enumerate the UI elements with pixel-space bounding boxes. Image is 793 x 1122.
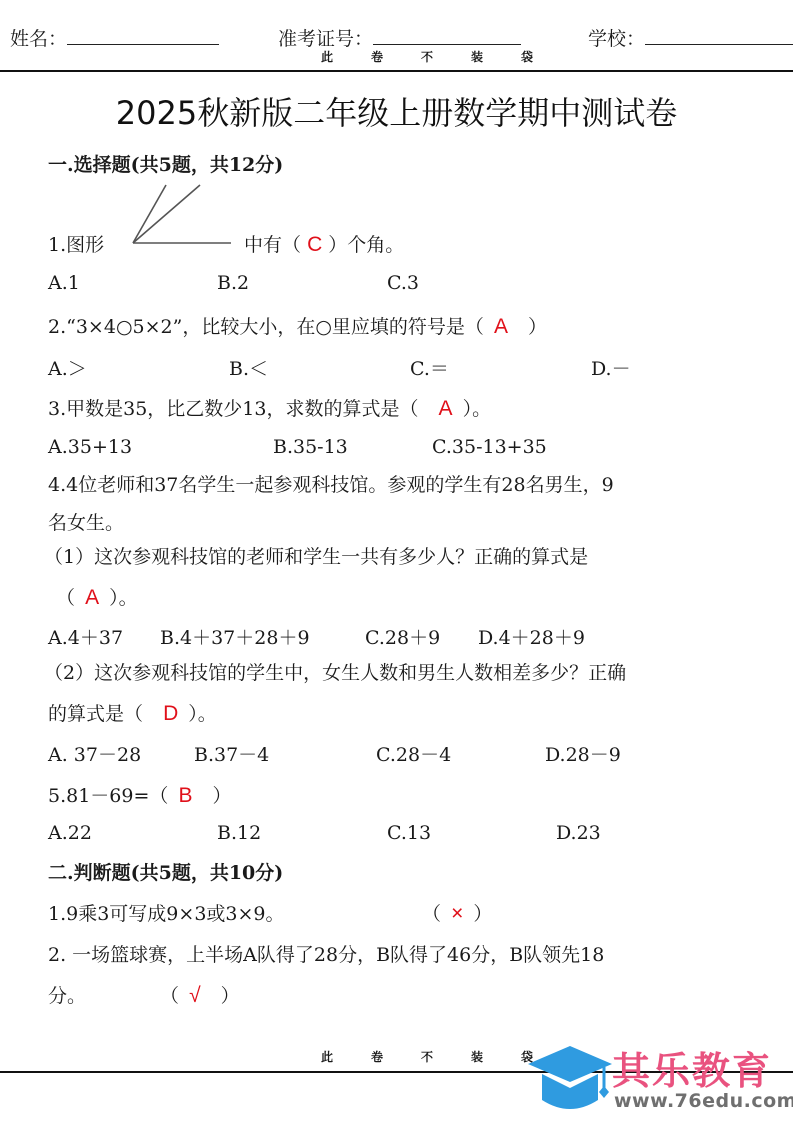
option: D.－ bbox=[591, 354, 631, 381]
seal-char: 卷 bbox=[352, 48, 402, 65]
footer-seal-text: 此卷不装袋 bbox=[302, 1048, 552, 1065]
paren-close: ） bbox=[221, 985, 240, 1007]
option: A.35+13 bbox=[48, 436, 132, 458]
option: A.4＋37 bbox=[48, 623, 123, 650]
option: B.35-13 bbox=[273, 436, 348, 458]
judgement-question-1: 1.9乘3可写成9×3或3×9。 bbox=[48, 899, 285, 926]
option: C.＝ bbox=[410, 354, 449, 381]
q4-2-paren-close: ）。 bbox=[188, 703, 217, 725]
option: B.12 bbox=[217, 822, 261, 844]
question-3: 3.甲数是35，比乙数少13，求数的算式是（ A ）。 bbox=[48, 394, 491, 421]
answer-mark: A bbox=[439, 397, 453, 420]
question-4-1-line1: （1）这次参观科技馆的老师和学生一共有多少人？正确的算式是 bbox=[44, 542, 588, 569]
question-5: 5.81－69=（ B ） bbox=[48, 781, 232, 808]
section-heading-judgement: 二.判断题(共5题，共10分) bbox=[48, 858, 283, 885]
seal-char: 不 bbox=[402, 48, 452, 65]
exam-id-field: 准考证号： bbox=[278, 24, 521, 51]
option: D.23 bbox=[556, 822, 601, 844]
q3-text-after: ）。 bbox=[463, 398, 492, 420]
judgement-1-answer: （ × ） bbox=[422, 899, 492, 926]
question-4-stem-line2: 名女生。 bbox=[48, 508, 124, 535]
q5-text: 5.81－69=（ bbox=[48, 785, 168, 807]
answer-mark: C bbox=[307, 233, 322, 256]
option: A.＞ bbox=[48, 354, 87, 381]
school-field: 学校： bbox=[588, 24, 793, 51]
question-2: 2.“3×4○5×2”，比较大小，在○里应填的符号是（ A ） bbox=[48, 312, 547, 339]
name-blank bbox=[67, 27, 219, 45]
q5-paren-close: ） bbox=[213, 785, 232, 807]
seal-char: 此 bbox=[302, 48, 352, 65]
option: C.13 bbox=[387, 822, 431, 844]
brand-logo-text: 其乐教育 bbox=[612, 1040, 772, 1095]
option: C.28－4 bbox=[376, 740, 451, 767]
question-4-2-line1: （2）这次参观科技馆的学生中，女生人数和男生人数相差多少？正确 bbox=[44, 658, 626, 685]
section-heading-choice: 一.选择题(共5题，共12分) bbox=[48, 150, 283, 177]
paren-open: （ bbox=[422, 903, 441, 925]
graduation-cap-icon bbox=[528, 1044, 612, 1116]
q4-1-paren-close: ）。 bbox=[109, 587, 138, 609]
exam-id-label: 准考证号： bbox=[278, 28, 373, 50]
question-4-2-line2: 的算式是（ D ）。 bbox=[48, 699, 217, 726]
option: D.4＋28＋9 bbox=[478, 623, 585, 650]
judgement-2-answer: （ √ ） bbox=[160, 981, 240, 1008]
answer-mark: A bbox=[85, 586, 99, 609]
header-seal-text: 此卷不装袋 bbox=[302, 48, 552, 65]
answer-mark: B bbox=[178, 784, 192, 807]
q4-1-paren-open: （ bbox=[56, 587, 75, 609]
name-label: 姓名： bbox=[10, 28, 67, 50]
seal-char: 袋 bbox=[502, 48, 552, 65]
answer-mark: A bbox=[494, 315, 508, 338]
paren-open: （ bbox=[160, 985, 179, 1007]
seal-char: 不 bbox=[402, 1048, 452, 1065]
q1-text-before: 中有（ bbox=[244, 234, 301, 256]
seal-char: 卷 bbox=[352, 1048, 402, 1065]
option: B.4＋37＋28＋9 bbox=[160, 623, 310, 650]
judgement-question-2-line1: 2. 一场篮球赛，上半场A队得了28分，B队得了46分，B队领先18 bbox=[48, 940, 604, 967]
option: C.35-13+35 bbox=[432, 436, 547, 458]
option: A.22 bbox=[48, 822, 92, 844]
exam-id-blank bbox=[373, 27, 521, 45]
question-1: 1.图形 bbox=[48, 230, 104, 257]
brand-url: www.76edu.com bbox=[614, 1090, 793, 1112]
answer-mark: D bbox=[163, 702, 178, 725]
option: C.3 bbox=[387, 272, 419, 294]
option: D.28－9 bbox=[545, 740, 621, 767]
judgement-question-2-line2: 分。 bbox=[48, 981, 86, 1008]
seal-char: 装 bbox=[452, 48, 502, 65]
q3-text: 3.甲数是35，比乙数少13，求数的算式是（ bbox=[48, 398, 418, 420]
q4-2-text: 的算式是（ bbox=[48, 703, 143, 725]
option: C.28＋9 bbox=[365, 623, 440, 650]
option: B.＜ bbox=[229, 354, 268, 381]
header-divider bbox=[0, 70, 793, 72]
seal-char: 此 bbox=[302, 1048, 352, 1065]
name-field: 姓名： bbox=[10, 24, 219, 51]
q1-text-after: ）个角。 bbox=[328, 234, 404, 256]
check-mark-icon: √ bbox=[189, 984, 201, 1007]
q1-prefix: 1.图形 bbox=[48, 234, 104, 256]
question-4-1-line2: （ A ）。 bbox=[56, 583, 138, 610]
cross-mark-icon: × bbox=[451, 902, 463, 925]
option: B.37－4 bbox=[194, 740, 269, 767]
q2-text-after: ） bbox=[528, 316, 547, 338]
option: A. 37－28 bbox=[48, 740, 141, 767]
paren-close: ） bbox=[473, 903, 492, 925]
school-blank bbox=[645, 27, 793, 45]
school-label: 学校： bbox=[588, 28, 645, 50]
q2-text: 2.“3×4○5×2”，比较大小，在○里应填的符号是（ bbox=[48, 316, 484, 338]
option: B.2 bbox=[217, 272, 249, 294]
seal-char: 装 bbox=[452, 1048, 502, 1065]
question-4-stem-line1: 4.4位老师和37名学生一起参观科技馆。参观的学生有28名男生，9 bbox=[48, 470, 614, 497]
question-1-tail: 中有（ C ）个角。 bbox=[244, 230, 404, 257]
angle-figure-icon bbox=[128, 180, 238, 248]
page-title: 2025秋新版二年级上册数学期中测试卷 bbox=[0, 88, 793, 134]
option: A.1 bbox=[48, 272, 80, 294]
